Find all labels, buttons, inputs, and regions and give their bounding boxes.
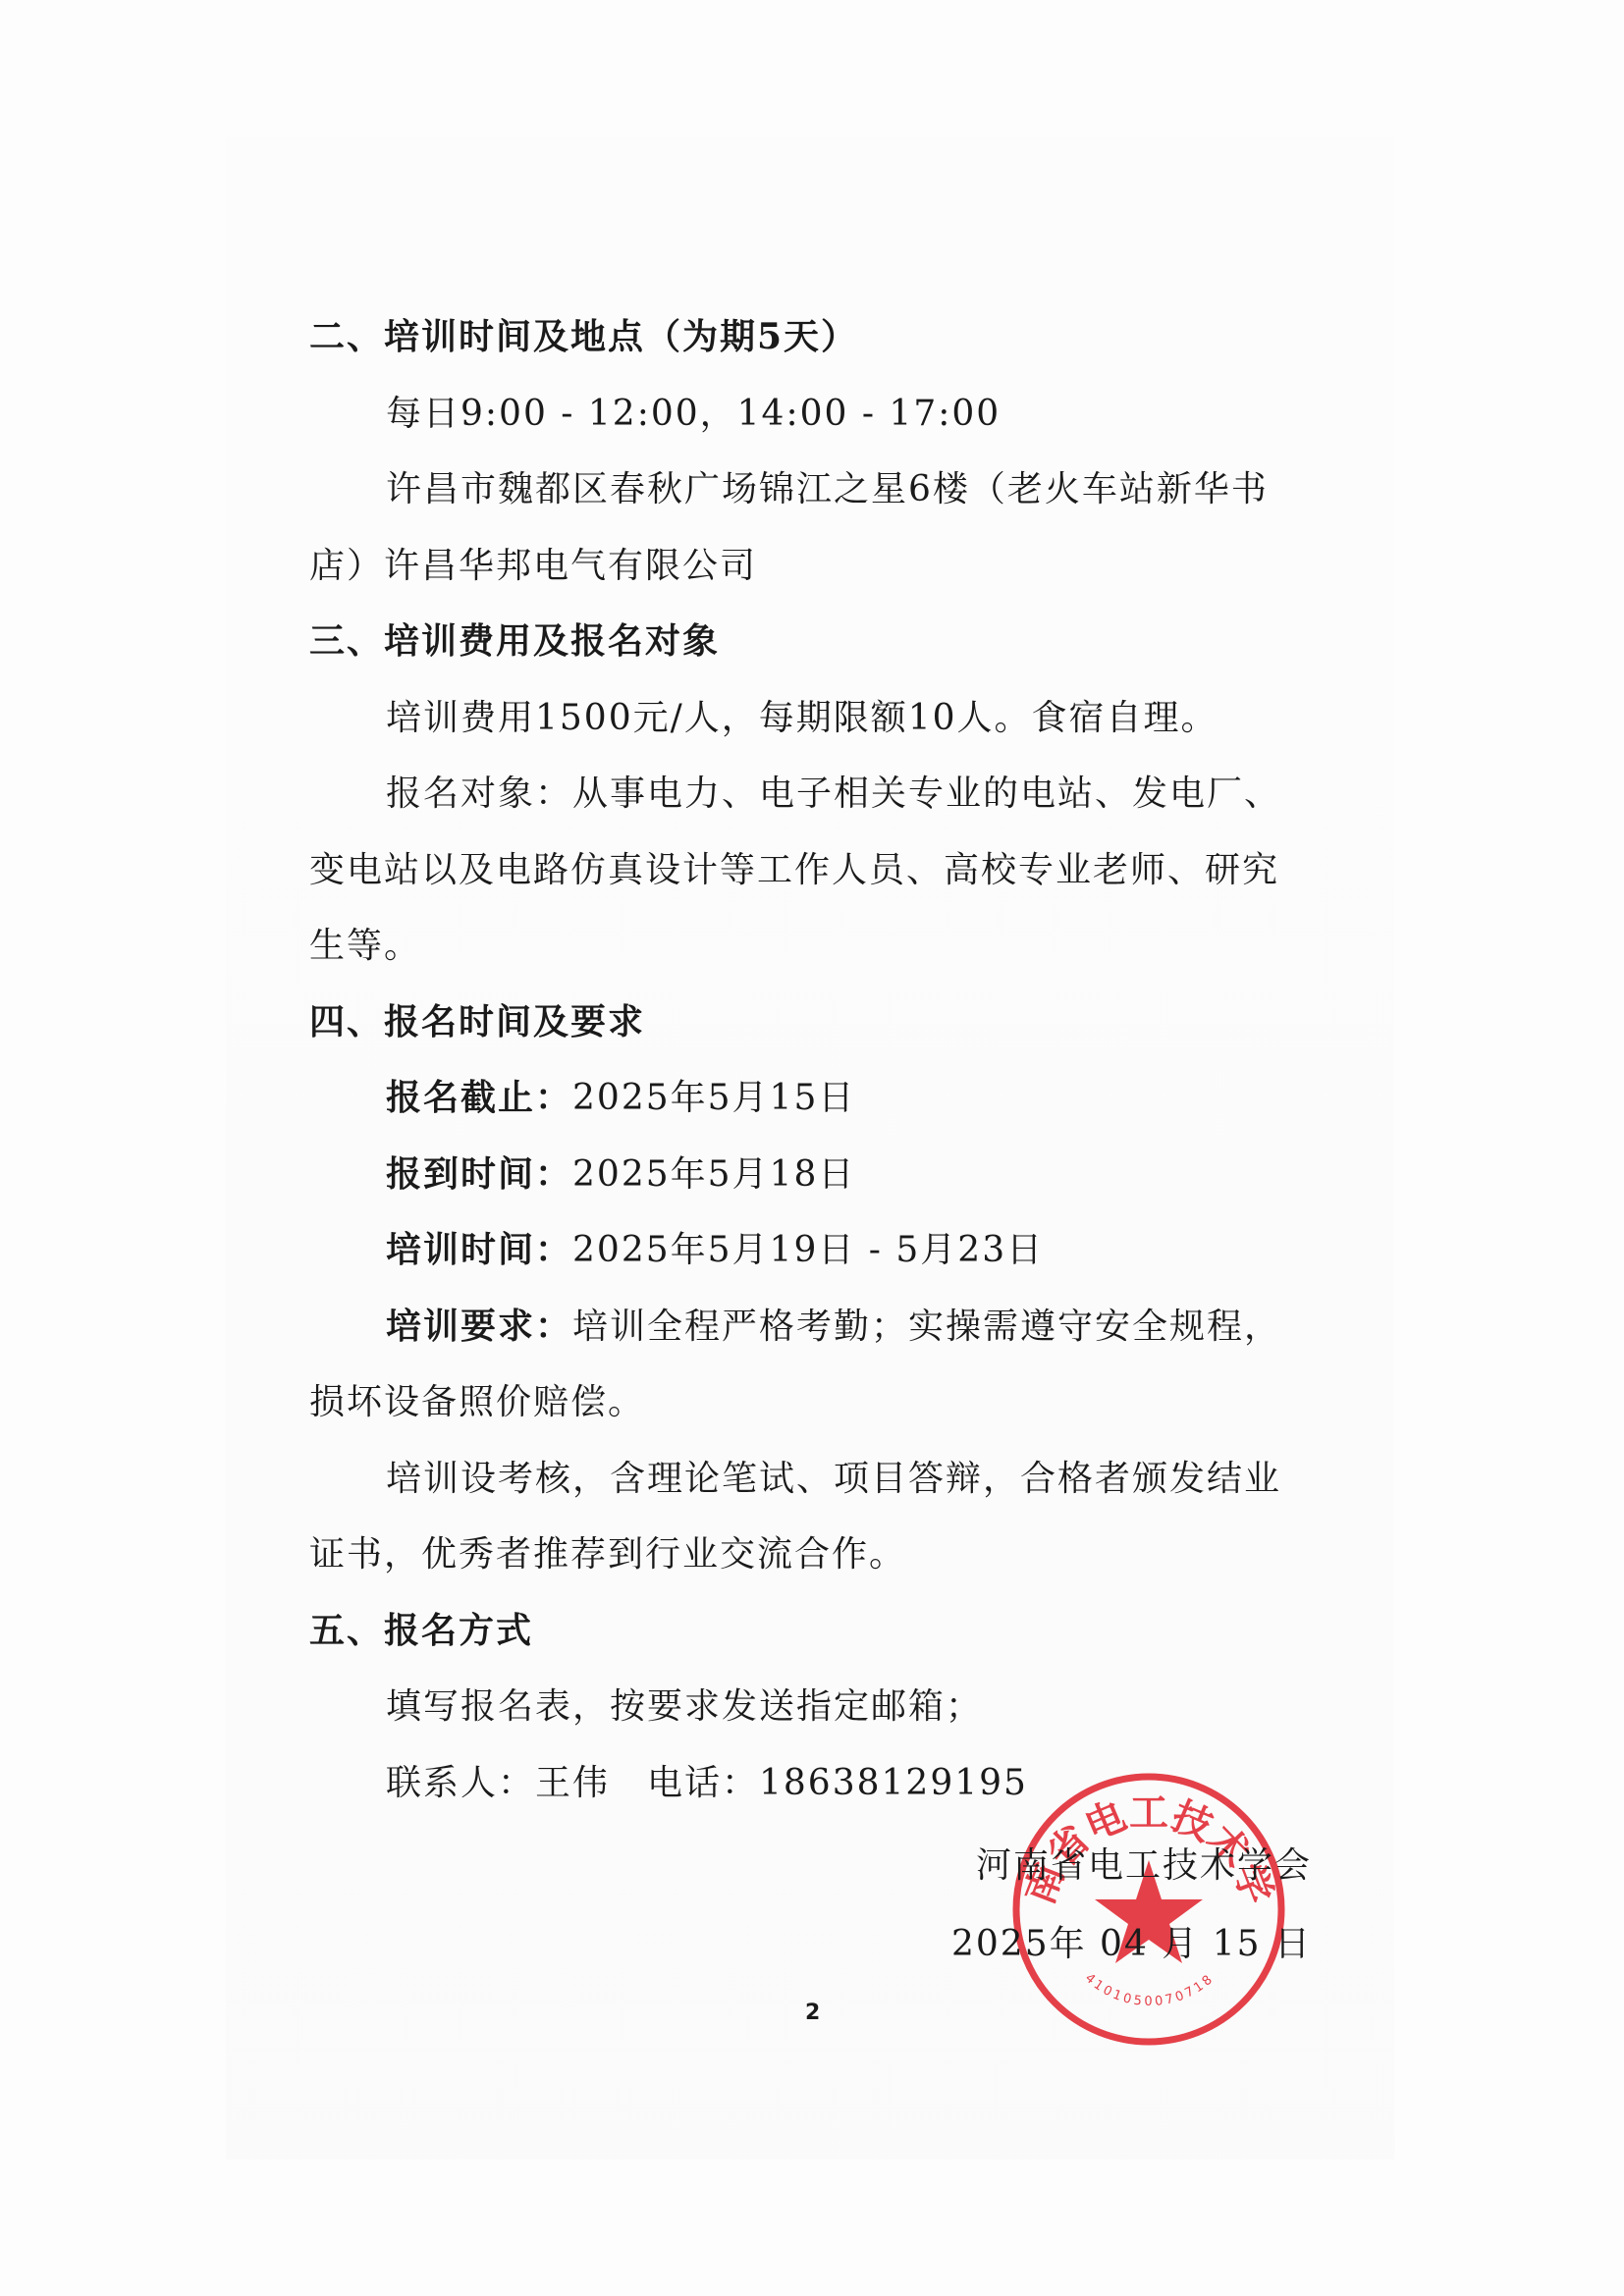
paragraph-address-line1: 许昌市魏都区春秋广场锦江之星6楼（老火车站新华书	[309, 452, 1330, 528]
item-training-requirements: 培训要求：培训全程严格考勤；实操需遵守安全规程，	[309, 1289, 1330, 1365]
section-heading-schedule-location: 二、培训时间及地点（为期5天）	[309, 299, 1330, 376]
paragraph-audience-line1: 报名对象：从事电力、电子相关专业的电站、发电厂、	[309, 756, 1330, 832]
paragraph-assessment-line1: 培训设考核，含理论笔试、项目答辩，合格者颁发结业	[309, 1441, 1330, 1518]
item-training-time: 培训时间：2025年5月19日 - 5月23日	[309, 1212, 1330, 1289]
signature-date: 2025年 04 月 15 日	[951, 1916, 1312, 1966]
paragraph-assessment-line2: 证书，优秀者推荐到行业交流合作。	[309, 1517, 1330, 1593]
item-label: 报名截止：	[386, 1077, 572, 1118]
section-heading-registration-time: 四、报名时间及要求	[309, 985, 1330, 1061]
document-page: 二、培训时间及地点（为期5天） 每日9:00 - 12:00，14:00 - 1…	[0, 0, 1624, 2296]
item-value: 2025年5月18日	[572, 1154, 855, 1195]
paragraph-daily-hours: 每日9:00 - 12:00，14:00 - 17:00	[309, 376, 1330, 453]
section-heading-registration-method: 五、报名方式	[309, 1593, 1330, 1670]
item-value: 2025年5月19日 - 5月23日	[572, 1230, 1044, 1270]
official-seal-stamp: 河南省电工技术学会 4101050070718	[1006, 1767, 1291, 2052]
page-number: 2	[805, 2001, 820, 2025]
item-label: 培训时间：	[386, 1229, 572, 1270]
item-label: 报到时间：	[386, 1153, 572, 1195]
paragraph-audience-line2: 变电站以及电路仿真设计等工作人员、高校专业老师、研究	[309, 832, 1330, 909]
paragraph-requirements-cont: 损坏设备照价赔偿。	[309, 1364, 1330, 1441]
paragraph-audience-line3: 生等。	[309, 908, 1330, 985]
paragraph-fee: 培训费用1500元/人，每期限额10人。食宿自理。	[309, 680, 1330, 757]
signature-organization: 河南省电工技术学会	[976, 1838, 1312, 1888]
item-value: 2025年5月15日	[572, 1078, 855, 1118]
item-value: 培训全程严格考勤；实操需遵守安全规程，	[572, 1307, 1281, 1347]
seal-code: 4101050070718	[1082, 1971, 1218, 2009]
section-heading-fees-audience: 三、培训费用及报名对象	[309, 604, 1330, 680]
item-registration-deadline: 报名截止：2025年5月15日	[309, 1060, 1330, 1137]
document-body: 二、培训时间及地点（为期5天） 每日9:00 - 12:00，14:00 - 1…	[309, 299, 1330, 1821]
paragraph-address-line2: 店）许昌华邦电气有限公司	[309, 528, 1330, 605]
item-label: 培训要求：	[386, 1306, 572, 1347]
item-check-in-time: 报到时间：2025年5月18日	[309, 1137, 1330, 1213]
paragraph-registration-form: 填写报名表，按要求发送指定邮箱；	[309, 1669, 1330, 1745]
